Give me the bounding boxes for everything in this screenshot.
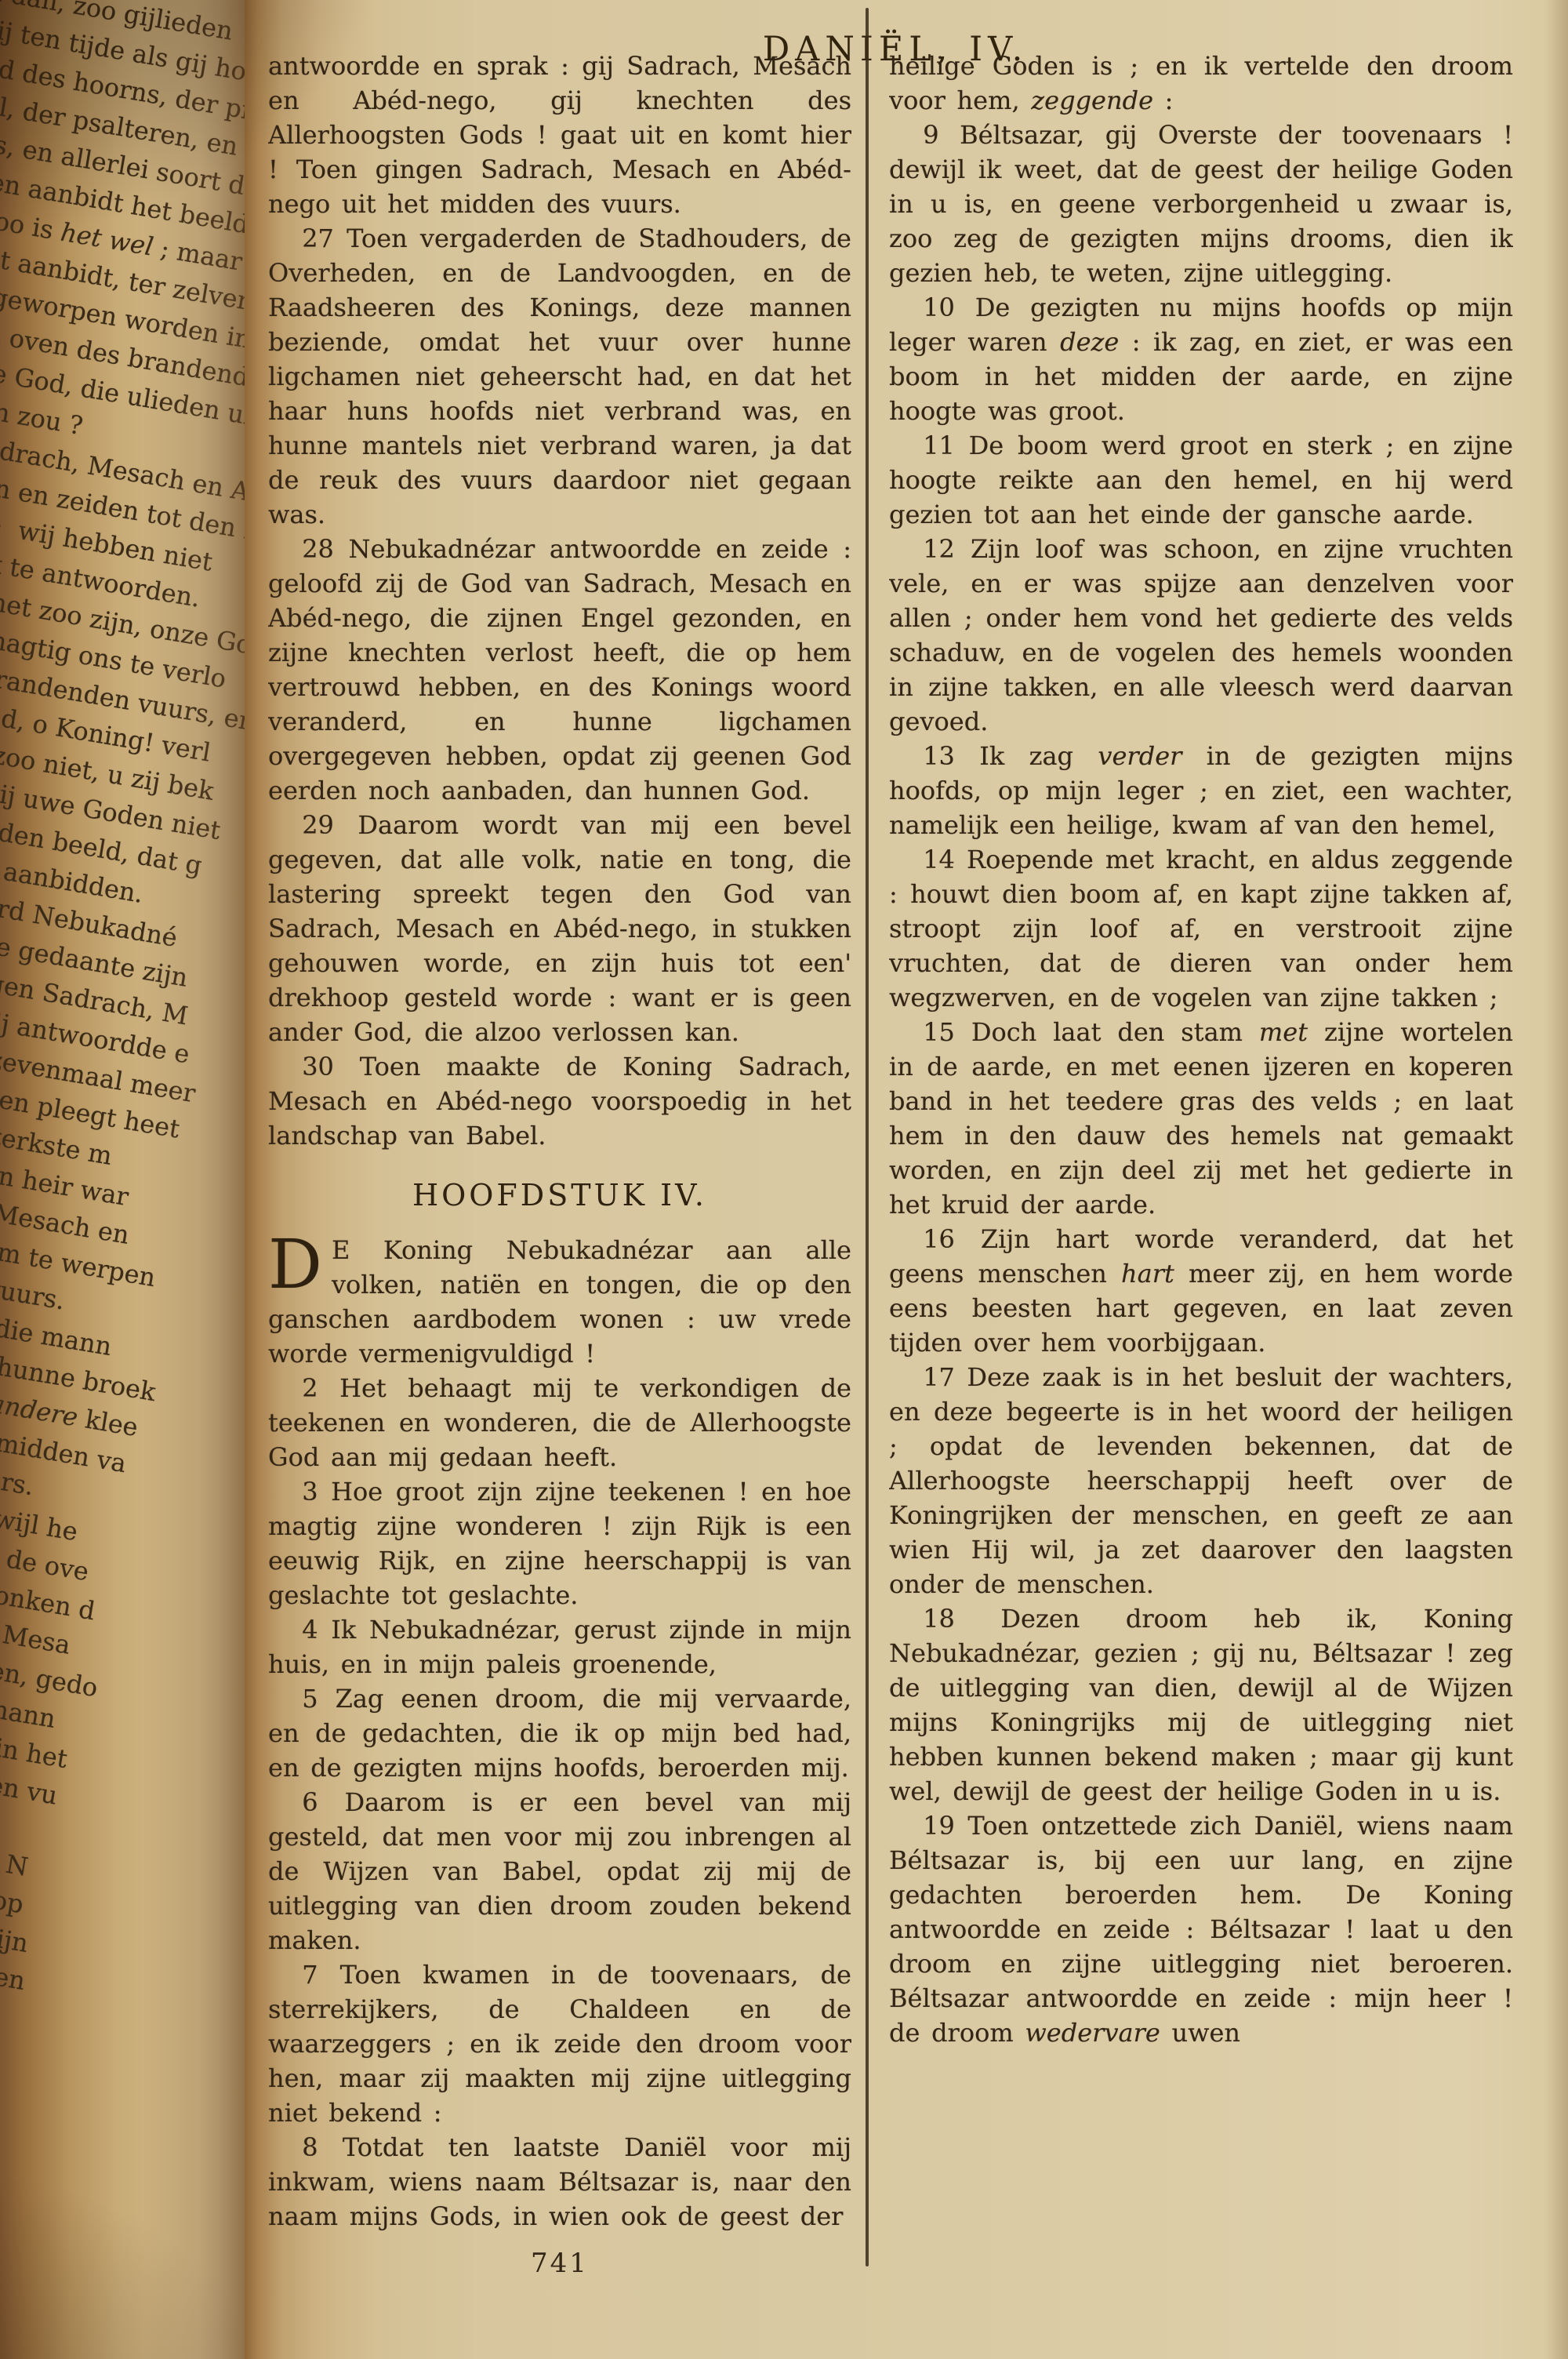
verse-paragraph: 9 Béltsazar, gij Overste der toovenaars …	[889, 118, 1513, 290]
chapter-heading: HOOFDSTUK IV.	[268, 1178, 851, 1212]
verse-paragraph: 6 Daarom is er een bevel van mij gesteld…	[268, 1785, 851, 1957]
gutter-previous-page: u dan, zoo gijliedengij ten tijde als gi…	[0, 0, 276, 2359]
gutter-text-block: u dan, zoo gijliedengij ten tijde als gi…	[0, 0, 276, 2354]
verse-paragraph: 7 Toen kwamen in de toovenaars, de sterr…	[268, 1957, 851, 2130]
page-number: 741	[268, 2248, 851, 2279]
verse-paragraph: 2 Het behaagt mij te verkondigen de teek…	[268, 1371, 851, 1474]
verse-paragraph: 8 Totdat ten laatste Daniël voor mij ink…	[268, 2130, 851, 2234]
right-column: heilige Goden is ; en ik vertelde den dr…	[889, 49, 1513, 2307]
verse-paragraph: 5 Zag eenen droom, die mij vervaarde, en…	[268, 1681, 851, 1785]
left-column: antwoordde en sprak : gij Sadrach, Mesac…	[268, 49, 851, 2307]
verse-paragraph: 13 Ik zag verder in de gezigten mijns ho…	[889, 739, 1513, 842]
left-column-flow: antwoordde en sprak : gij Sadrach, Mesac…	[268, 49, 851, 2234]
verse-paragraph: 10 De gezigten nu mijns hoofds op mijn l…	[889, 290, 1513, 428]
verse-paragraph: 27 Toen vergaderden de Stadhouders, de O…	[268, 221, 851, 532]
verse-paragraph: 28 Nebukadnézar antwoordde en zeide : ge…	[268, 532, 851, 808]
verse-paragraph: 17 Deze zaak is in het besluit der wacht…	[889, 1360, 1513, 1601]
column-divider-rule	[866, 8, 869, 2266]
verse-paragraph: 14 Roepende met kracht, en aldus zeggend…	[889, 842, 1513, 1015]
verse-paragraph: 18 Dezen droom heb ik, Koning Nebukadnéz…	[889, 1601, 1513, 1808]
verse-paragraph: 16 Zijn hart worde veranderd, dat het ge…	[889, 1222, 1513, 1360]
verse-paragraph: 15 Doch laat den stam met zijne wortelen…	[889, 1015, 1513, 1222]
page: DANIËL, IV. antwoordde en sprak : gij Sa…	[245, 0, 1568, 2359]
dropcap-initial: D	[268, 1233, 332, 1293]
verse-paragraph: DE Koning Nebukadnézar aan alle volken, …	[268, 1233, 851, 1371]
verse-paragraph: 11 De boom werd groot en sterk ; en zijn…	[889, 428, 1513, 532]
book-page-photo: u dan, zoo gijliedengij ten tijde als gi…	[0, 0, 1568, 2359]
verse-paragraph: 30 Toen maakte de Koning Sadrach, Mesach…	[268, 1049, 851, 1153]
verse-paragraph: 29 Daarom wordt van mij een bevel gegeve…	[268, 808, 851, 1049]
verse-paragraph: 4 Ik Nebukadnézar, gerust zijnde in mijn…	[268, 1612, 851, 1681]
right-column-flow: heilige Goden is ; en ik vertelde den dr…	[889, 49, 1513, 2050]
verse-paragraph: 12 Zijn loof was schoon, en zijne vrucht…	[889, 532, 1513, 739]
verse-paragraph: 19 Toen ontzettede zich Daniël, wiens na…	[889, 1808, 1513, 2050]
verse-paragraph: 3 Hoe groot zijn zijne teekenen ! en hoe…	[268, 1474, 851, 1612]
verse-paragraph: antwoordde en sprak : gij Sadrach, Mesac…	[268, 49, 851, 221]
verse-paragraph: heilige Goden is ; en ik vertelde den dr…	[889, 49, 1513, 118]
